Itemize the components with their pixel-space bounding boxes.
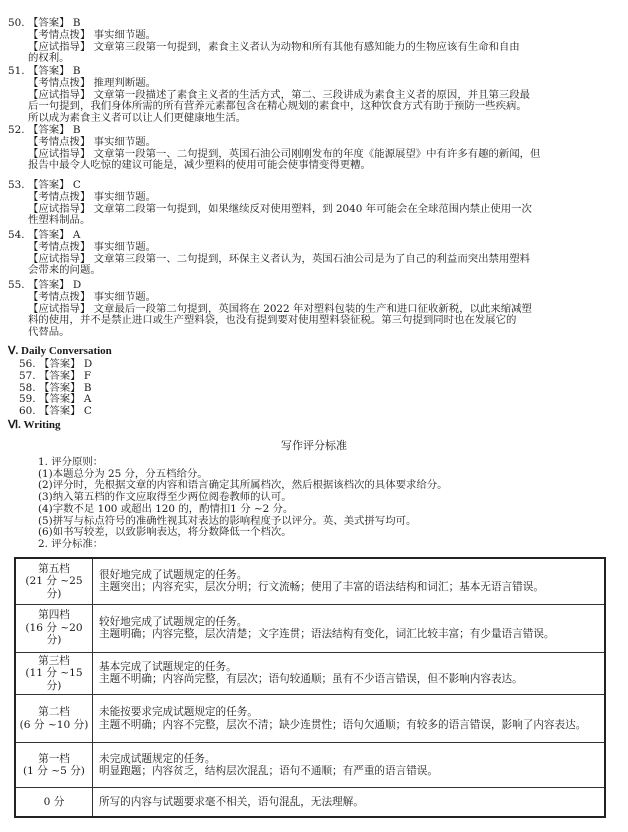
- scoring-principles: 1. 评分原则： (1)本题总分为 25 分，分五档给分。 (2)评分时，先根据…: [38, 457, 598, 551]
- type-label: 【考情点拨】: [28, 291, 90, 303]
- answer-block-53: 53.【答案】 C 【考情点拨】 事实细节题。 【应试指导】 文章第二段第一句提…: [8, 180, 620, 227]
- level-cell: 第一档(1 分 ~5 分): [15, 743, 93, 788]
- description-line: 主题突出；内容充实，层次分明；行文流畅；使用了丰富的语法结构和词汇；基本无语言错…: [99, 581, 598, 594]
- description-line: 主题明确；内容完整，层次清楚；文字连贯；语法结构有变化，词汇比较丰富；有少量语言…: [99, 628, 598, 641]
- type-label: 【考情点拨】: [28, 29, 90, 41]
- question-number: 51.: [8, 66, 28, 78]
- description-cell: 所写的内容与试题要求毫不相关，语句混乱，无法理解。: [93, 788, 606, 817]
- answer-label: 【答案】: [28, 124, 70, 136]
- level-cell: 第三档(11 分 ~15 分): [15, 652, 93, 695]
- guide-text: 文章第三段第一句提到，素食主义者认为动物和所有其他有感知能力的生物应该有生命和自…: [94, 41, 520, 53]
- table-row: 0 分 所写的内容与试题要求毫不相关，语句混乱，无法理解。: [15, 788, 605, 817]
- guide-text: 料的使用，并不是禁止进口或生产塑料袋，也没有提到要对使用塑料袋征税。第三句提到同…: [8, 315, 620, 327]
- level-name: 0 分: [18, 796, 90, 809]
- level-name: 第五档: [18, 563, 90, 576]
- guide-text: 代替品。: [8, 327, 620, 339]
- answer-value: B: [73, 17, 81, 29]
- table-row: 第三档(11 分 ~15 分) 基本完成了试题规定的任务。主题不明确；内容尚完整…: [15, 652, 605, 695]
- guide-text: 文章最后一段第二句提到，英国将在 2022 年对塑料包装的生产和进口征收新税，以…: [94, 303, 532, 315]
- type-value: 事实细节题。: [94, 291, 156, 303]
- guide-label: 【应试指导】: [28, 303, 90, 315]
- answer-label: 【答案】: [28, 65, 70, 77]
- question-number: 55.: [8, 280, 28, 292]
- answer-label: 【答案】: [28, 229, 70, 241]
- description-line: 很好地完成了试题规定的任务。: [99, 569, 598, 582]
- guide-text: 的权利。: [8, 53, 620, 65]
- answer-value: B: [73, 124, 81, 136]
- question-number: 53.: [8, 180, 28, 192]
- description-line: 未能按要求完成试题规定的任务。: [99, 706, 598, 719]
- description-line: 主题不明确；内容不完整，层次不清；缺少连贯性；语句欠通顺；有较多的语言错误，影响…: [99, 719, 598, 732]
- principles-heading: 1. 评分原则：: [38, 457, 598, 469]
- guide-text: 报告中最令人吃惊的建议可能是，减少塑料的使用可能会使事情变得更糟。: [8, 160, 620, 172]
- level-name: 第一档: [18, 753, 90, 766]
- type-label: 【考情点拨】: [28, 77, 90, 89]
- answer-label: 【答案】: [39, 370, 81, 382]
- guide-text: 文章第二段第一句提到，如果继续反对使用塑料，到 2040 年可能会在全球范围内禁…: [94, 203, 532, 215]
- description-cell: 未完成试题规定的任务。明显跑题；内容贫乏，结构层次混乱；语句不通顺；有严重的语言…: [93, 743, 606, 788]
- table-row: 第一档(1 分 ~5 分) 未完成试题规定的任务。明显跑题；内容贫乏，结构层次混…: [15, 743, 605, 788]
- question-number: 52.: [8, 125, 28, 137]
- answer-value: A: [84, 393, 92, 405]
- answer-value: D: [84, 358, 92, 370]
- level-range: (21 分 ~25 分): [18, 575, 90, 600]
- description-cell: 未能按要求完成试题规定的任务。主题不明确；内容不完整，层次不清；缺少连贯性；语句…: [93, 695, 606, 743]
- answer-label: 【答案】: [39, 405, 81, 417]
- answer-label: 【答案】: [28, 17, 70, 29]
- guide-label: 【应试指导】: [28, 89, 90, 101]
- level-name: 第三档: [18, 655, 90, 668]
- scoring-standards-table: 第五档(21 分 ~25 分) 很好地完成了试题规定的任务。主题突出；内容充实，…: [14, 557, 606, 818]
- answer-value: F: [84, 370, 91, 382]
- type-value: 事实细节题。: [94, 29, 156, 41]
- question-number: 54.: [8, 230, 28, 242]
- answer-label: 【答案】: [39, 382, 81, 394]
- level-cell: 第五档(21 分 ~25 分): [15, 558, 93, 604]
- level-range: (6 分 ~10 分): [18, 719, 90, 732]
- answer-value: B: [84, 382, 92, 394]
- answer-value: C: [84, 405, 92, 417]
- level-range: (11 分 ~15 分): [18, 667, 90, 692]
- table-row: 第二档(6 分 ~10 分) 未能按要求完成试题规定的任务。主题不明确；内容不完…: [15, 695, 605, 743]
- description-line: 未完成试题规定的任务。: [99, 753, 598, 766]
- answer-label: 【答案】: [39, 393, 81, 405]
- level-name: 第二档: [18, 706, 90, 719]
- answer-label: 【答案】: [28, 279, 70, 291]
- question-number: 60.: [19, 406, 39, 418]
- answer-block-52: 52.【答案】 B 【考情点拨】 事实细节题。 【应试指导】 文章第一段第一、二…: [8, 125, 620, 172]
- answer-value: B: [73, 65, 81, 77]
- description-line: 明显跑题；内容贫乏，结构层次混乱；语句不通顺；有严重的语言错误。: [99, 765, 598, 778]
- principle-item: (6)如书写较差，以致影响表达，将分数降低一个档次。: [38, 527, 598, 539]
- guide-label: 【应试指导】: [28, 253, 90, 265]
- daily-conversation-answers: 56.【答案】 D 57.【答案】 F 58.【答案】 B 59.【答案】 A …: [8, 359, 620, 418]
- question-number: 57.: [19, 371, 39, 383]
- description-cell: 较好地完成了试题规定的任务。主题明确；内容完整，层次清楚；文字连贯；语法结构有变…: [93, 604, 606, 652]
- answer-value: A: [73, 229, 81, 241]
- scoring-standard-title: 写作评分标准: [0, 440, 628, 452]
- description-cell: 基本完成了试题规定的任务。主题不明确；内容尚完整，有层次；语句较通顺；虽有不少语…: [93, 652, 606, 695]
- level-range: (16 分 ~20 分): [18, 622, 90, 647]
- level-name: 第四档: [18, 609, 90, 622]
- level-cell: 第二档(6 分 ~10 分): [15, 695, 93, 743]
- description-line: 较好地完成了试题规定的任务。: [99, 616, 598, 629]
- type-label: 【考情点拨】: [28, 241, 90, 253]
- table-row: 第四档(16 分 ~20 分) 较好地完成了试题规定的任务。主题明确；内容完整，…: [15, 604, 605, 652]
- level-cell: 0 分: [15, 788, 93, 817]
- type-value: 事实细节题。: [94, 136, 156, 148]
- guide-text: 会带来的问题。: [8, 265, 620, 277]
- answer-value: C: [73, 179, 81, 191]
- description-cell: 很好地完成了试题规定的任务。主题突出；内容充实，层次分明；行文流畅；使用了丰富的…: [93, 558, 606, 604]
- question-number: 50.: [8, 18, 28, 30]
- answer-block-51: 51.【答案】 B 【考情点拨】 推理判断题。 【应试指导】 文章第一段描述了素…: [8, 66, 620, 125]
- answer-value: D: [73, 279, 81, 291]
- guide-text: 文章第一段描述了素食主义者的生活方式，第二、三段讲成为素食主义者的原因，并且第三…: [94, 89, 530, 101]
- answer-block-55: 55.【答案】 D 【考情点拨】 事实细节题。 【应试指导】 文章最后一段第二句…: [8, 280, 620, 339]
- guide-text: 文章第一段第一、二句提到，英国石油公司刚刚发布的年度《能源展望》中有许多有趣的新…: [94, 148, 541, 160]
- level-range: (1 分 ~5 分): [18, 765, 90, 778]
- type-label: 【考情点拨】: [28, 191, 90, 203]
- guide-text: 所以成为素食主义者可以让人们更健康地生活。: [8, 113, 620, 125]
- guide-label: 【应试指导】: [28, 41, 90, 53]
- answer-block-54: 54.【答案】 A 【考情点拨】 事实细节题。 【应试指导】 文章第三段第一、二…: [8, 230, 620, 277]
- guide-label: 【应试指导】: [28, 203, 90, 215]
- guide-text: 文章第三段第一、二句提到，环保主义者认为，英国石油公司是为了自己的利益而突出禁用…: [94, 253, 530, 265]
- answer-block-50: 50.【答案】 B 【考情点拨】 事实细节题。 【应试指导】 文章第三段第一句提…: [8, 18, 620, 65]
- table-row: 第五档(21 分 ~25 分) 很好地完成了试题规定的任务。主题突出；内容充实，…: [15, 558, 605, 604]
- type-label: 【考情点拨】: [28, 136, 90, 148]
- guide-text: 性塑料制品。: [8, 215, 620, 227]
- type-value: 推理判断题。: [94, 77, 156, 89]
- principle-item: (4)字数不足 100 或超出 120 的，酌情扣1 分 ~2 分。: [38, 504, 598, 516]
- standards-heading: 2. 评分标准：: [38, 539, 598, 551]
- description-line: 主题不明确；内容尚完整，有层次；语句较通顺；虽有不少语言错误，但不影响内容表达。: [99, 673, 598, 686]
- description-line: 基本完成了试题规定的任务。: [99, 661, 598, 674]
- answer-label: 【答案】: [39, 358, 81, 370]
- answer-label: 【答案】: [28, 179, 70, 191]
- guide-label: 【应试指导】: [28, 148, 90, 160]
- type-value: 事实细节题。: [94, 241, 156, 253]
- section-heading-daily-conversation: Ⅴ. Daily Conversation: [8, 346, 112, 358]
- type-value: 事实细节题。: [94, 191, 156, 203]
- description-line: 所写的内容与试题要求毫不相关，语句混乱，无法理解。: [99, 796, 598, 809]
- section-heading-writing: Ⅵ. Writing: [8, 420, 61, 432]
- level-cell: 第四档(16 分 ~20 分): [15, 604, 93, 652]
- answer-key-page: 50.【答案】 B 【考情点拨】 事实细节题。 【应试指导】 文章第三段第一句提…: [0, 0, 628, 832]
